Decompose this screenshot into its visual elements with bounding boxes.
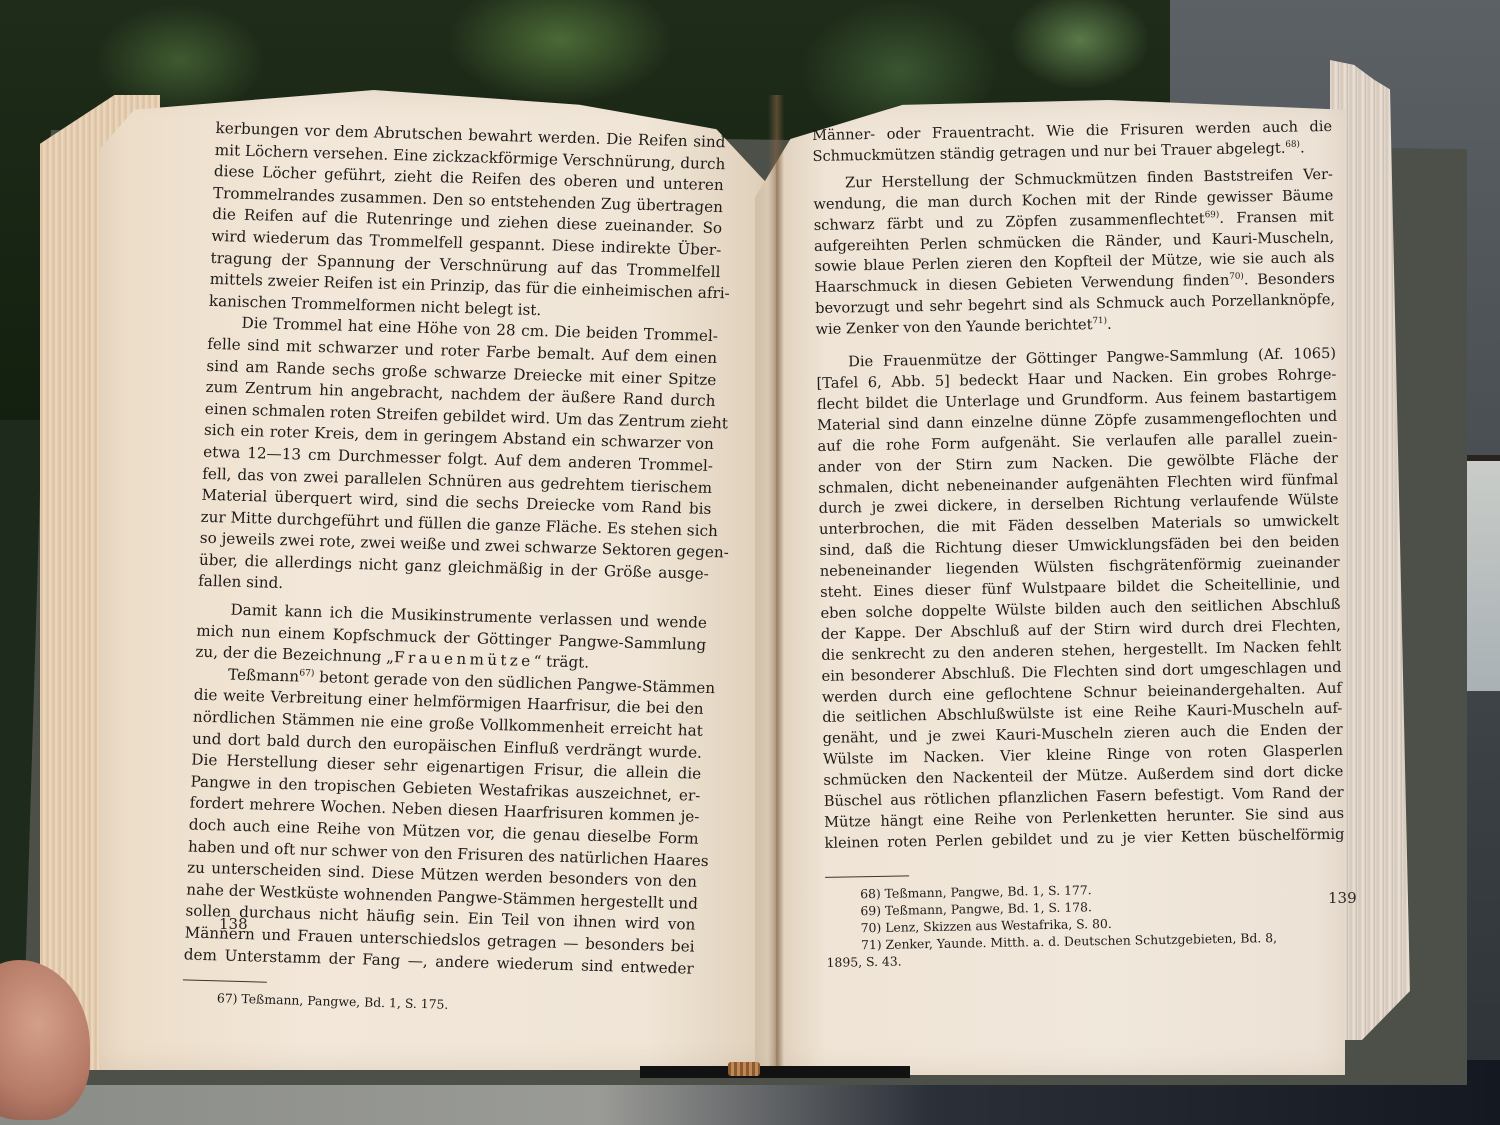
right-page-footnotes: 68) Teßmann, Pangwe, Bd. 1, S. 177. 69) …: [825, 877, 1346, 971]
paragraph-drum-painting: Die Trommel hat eine Höhe von 28 cm. Die…: [198, 312, 719, 607]
left-page-text: kerbungen vor dem Abrutschen bewahrt wer…: [182, 118, 726, 1020]
paragraph-frauenmuetze-description: Die Frauenmütze der Göttinger Pangwe-Sam…: [816, 344, 1345, 855]
book-gutter: [768, 95, 784, 1070]
spaced-term-frauenmuetze: Frauenmütze: [394, 648, 534, 670]
paragraph-tessmann-hairstyles: Teßmann67) betont gerade von den südlich…: [183, 663, 704, 979]
paragraph-continuation: Männer- oder Frauentracht. Wie die Frisu…: [812, 117, 1333, 168]
right-page-text: Männer- oder Frauentracht. Wie die Frisu…: [812, 117, 1347, 971]
book-spine-band: [640, 1066, 910, 1078]
footnote-ref-68[interactable]: 68): [1285, 140, 1300, 150]
bookmark-ribbon: [728, 1062, 760, 1076]
footnote-ref-71[interactable]: 71): [1092, 316, 1107, 326]
footnote-divider: [825, 875, 909, 877]
page-number-left: 138: [219, 915, 248, 933]
footnote-ref-67[interactable]: 67): [299, 668, 315, 678]
footnote-ref-69[interactable]: 69): [1205, 210, 1220, 220]
paragraph-drum-lacing: kerbungen vor dem Abrutschen bewahrt wer…: [209, 118, 726, 326]
footnote-ref-70[interactable]: 70): [1229, 272, 1244, 282]
page-number-right: 139: [1328, 889, 1357, 907]
footnote-divider: [183, 980, 267, 983]
paragraph-cap-materials: Zur Herstellung der Schmuckmützen finden…: [813, 165, 1336, 341]
